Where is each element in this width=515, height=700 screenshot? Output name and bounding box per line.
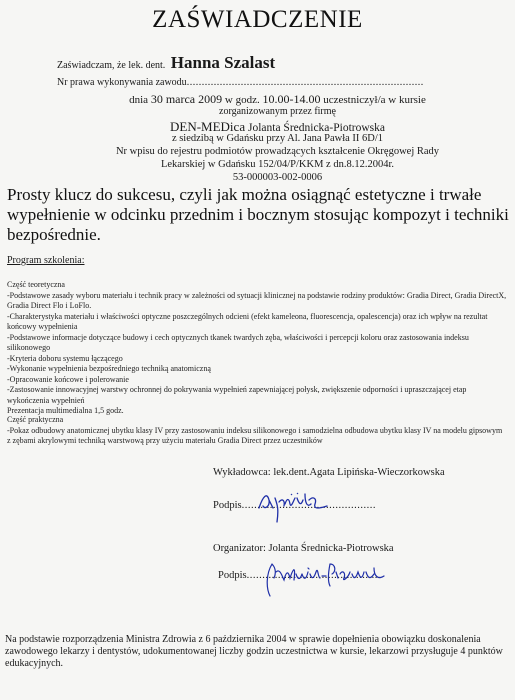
date-line: dnia 30 marca 2009 w godz. 10.00-14.00 u… — [40, 92, 515, 107]
theory-item: -Wykonanie wypełnienia bezpośredniego te… — [7, 364, 507, 375]
theory-section: Część teoretyczna -Podstawowe zasady wyb… — [7, 280, 507, 417]
intro-text: Zaświadczam, że lek. dent. — [57, 60, 165, 71]
practice-heading: Część praktyczna — [7, 415, 507, 426]
firm-name: DEN-MEDica — [170, 119, 245, 134]
date-suffix: uczestniczył/a w kursie — [323, 94, 426, 106]
registry-line-1: Nr wpisu do rejestru podmiotów prowadząc… — [40, 146, 515, 157]
theory-item: -Zastosowanie innowacyjnej warstwy ochro… — [7, 385, 507, 406]
license-label: Nr prawa wykonywania zawodu — [57, 77, 187, 88]
theory-item: -Charakterystyka materiału i właściwości… — [7, 312, 507, 333]
course-title: Prosty klucz do sukcesu, czyli jak można… — [7, 185, 512, 245]
theory-item: -Opracowanie końcowe i polerowanie — [7, 375, 507, 386]
theory-heading: Część teoretyczna — [7, 280, 507, 291]
date-prefix: dnia — [129, 94, 148, 106]
signature-label: Podpis — [218, 570, 247, 581]
firm-seat: z siedzibą w Gdańsku przy Al. Jana Pawła… — [40, 133, 515, 144]
signature-label: Podpis — [213, 500, 242, 511]
theory-item: -Podstawowe informacje dotyczące budowy … — [7, 333, 507, 354]
license-dots: ........................................… — [187, 77, 424, 88]
practice-section: Część praktyczna -Pokaz odbudowy anatomi… — [7, 415, 507, 447]
organizer-label: Organizator: — [213, 543, 266, 554]
participant-name: Hanna Szalast — [171, 53, 275, 72]
registry-line-2: Lekarskiej w Gdańsku 152/04/P/KKM z dn.8… — [40, 159, 515, 170]
certification-statement: Zaświadczam, że lek. dent. Hanna Szalast — [57, 53, 275, 73]
organizer-line: Organizator: Jolanta Średnicka-Piotrowsk… — [213, 543, 394, 554]
time-value: 10.00-14.00 — [262, 92, 320, 106]
organized-by: zorganizowanym przez firmę — [40, 106, 515, 117]
lecturer-signature-icon — [255, 486, 330, 526]
theory-item: -Kryteria doboru systemu łączącego — [7, 354, 507, 365]
date-value: 30 marca 2009 — [151, 92, 222, 106]
theory-item: -Podstawowe zasady wyboru materiału i te… — [7, 291, 507, 312]
registry-number: 53-000003-002-0006 — [40, 172, 515, 183]
practice-item: -Pokaz odbudowy anatomicznej ubytku klas… — [7, 426, 507, 447]
document-title: ZAŚWIADCZENIE — [0, 6, 515, 34]
lecturer-label: Wykładowca: — [213, 467, 271, 478]
license-number-line: Nr prawa wykonywania zawodu.............… — [57, 77, 424, 88]
organizer-name: Jolanta Średnicka-Piotrowska — [269, 543, 394, 554]
lecturer-name: lek.dent.Agata Lipińska-Wieczorkowska — [273, 467, 444, 478]
lecturer-line: Wykładowca: lek.dent.Agata Lipińska-Wiec… — [213, 467, 445, 478]
time-prefix: w godz. — [225, 94, 260, 106]
footer-note: Na podstawie rozporządzenia Ministra Zdr… — [5, 634, 510, 670]
organizer-signature-icon — [262, 558, 397, 600]
program-heading: Program szkolenia: — [7, 255, 84, 266]
